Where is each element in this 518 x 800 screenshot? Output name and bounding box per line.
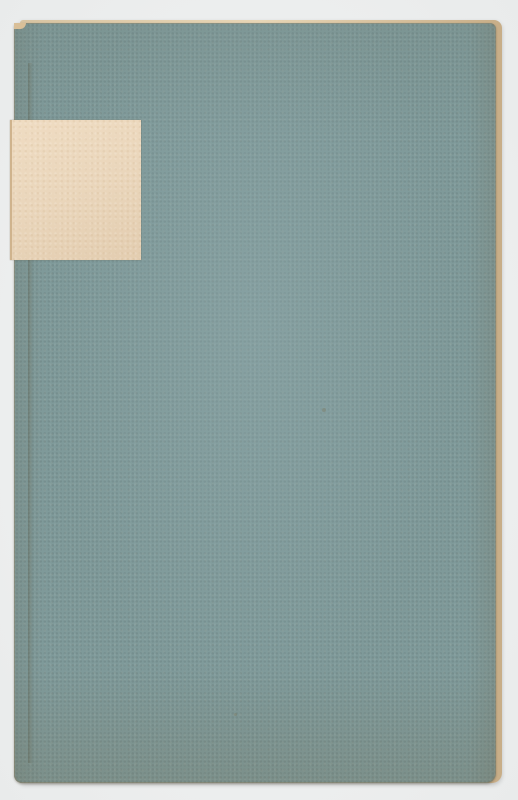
foxing-spot bbox=[234, 713, 237, 716]
blank-paper-label bbox=[10, 120, 141, 260]
foxing-spot bbox=[322, 408, 326, 412]
